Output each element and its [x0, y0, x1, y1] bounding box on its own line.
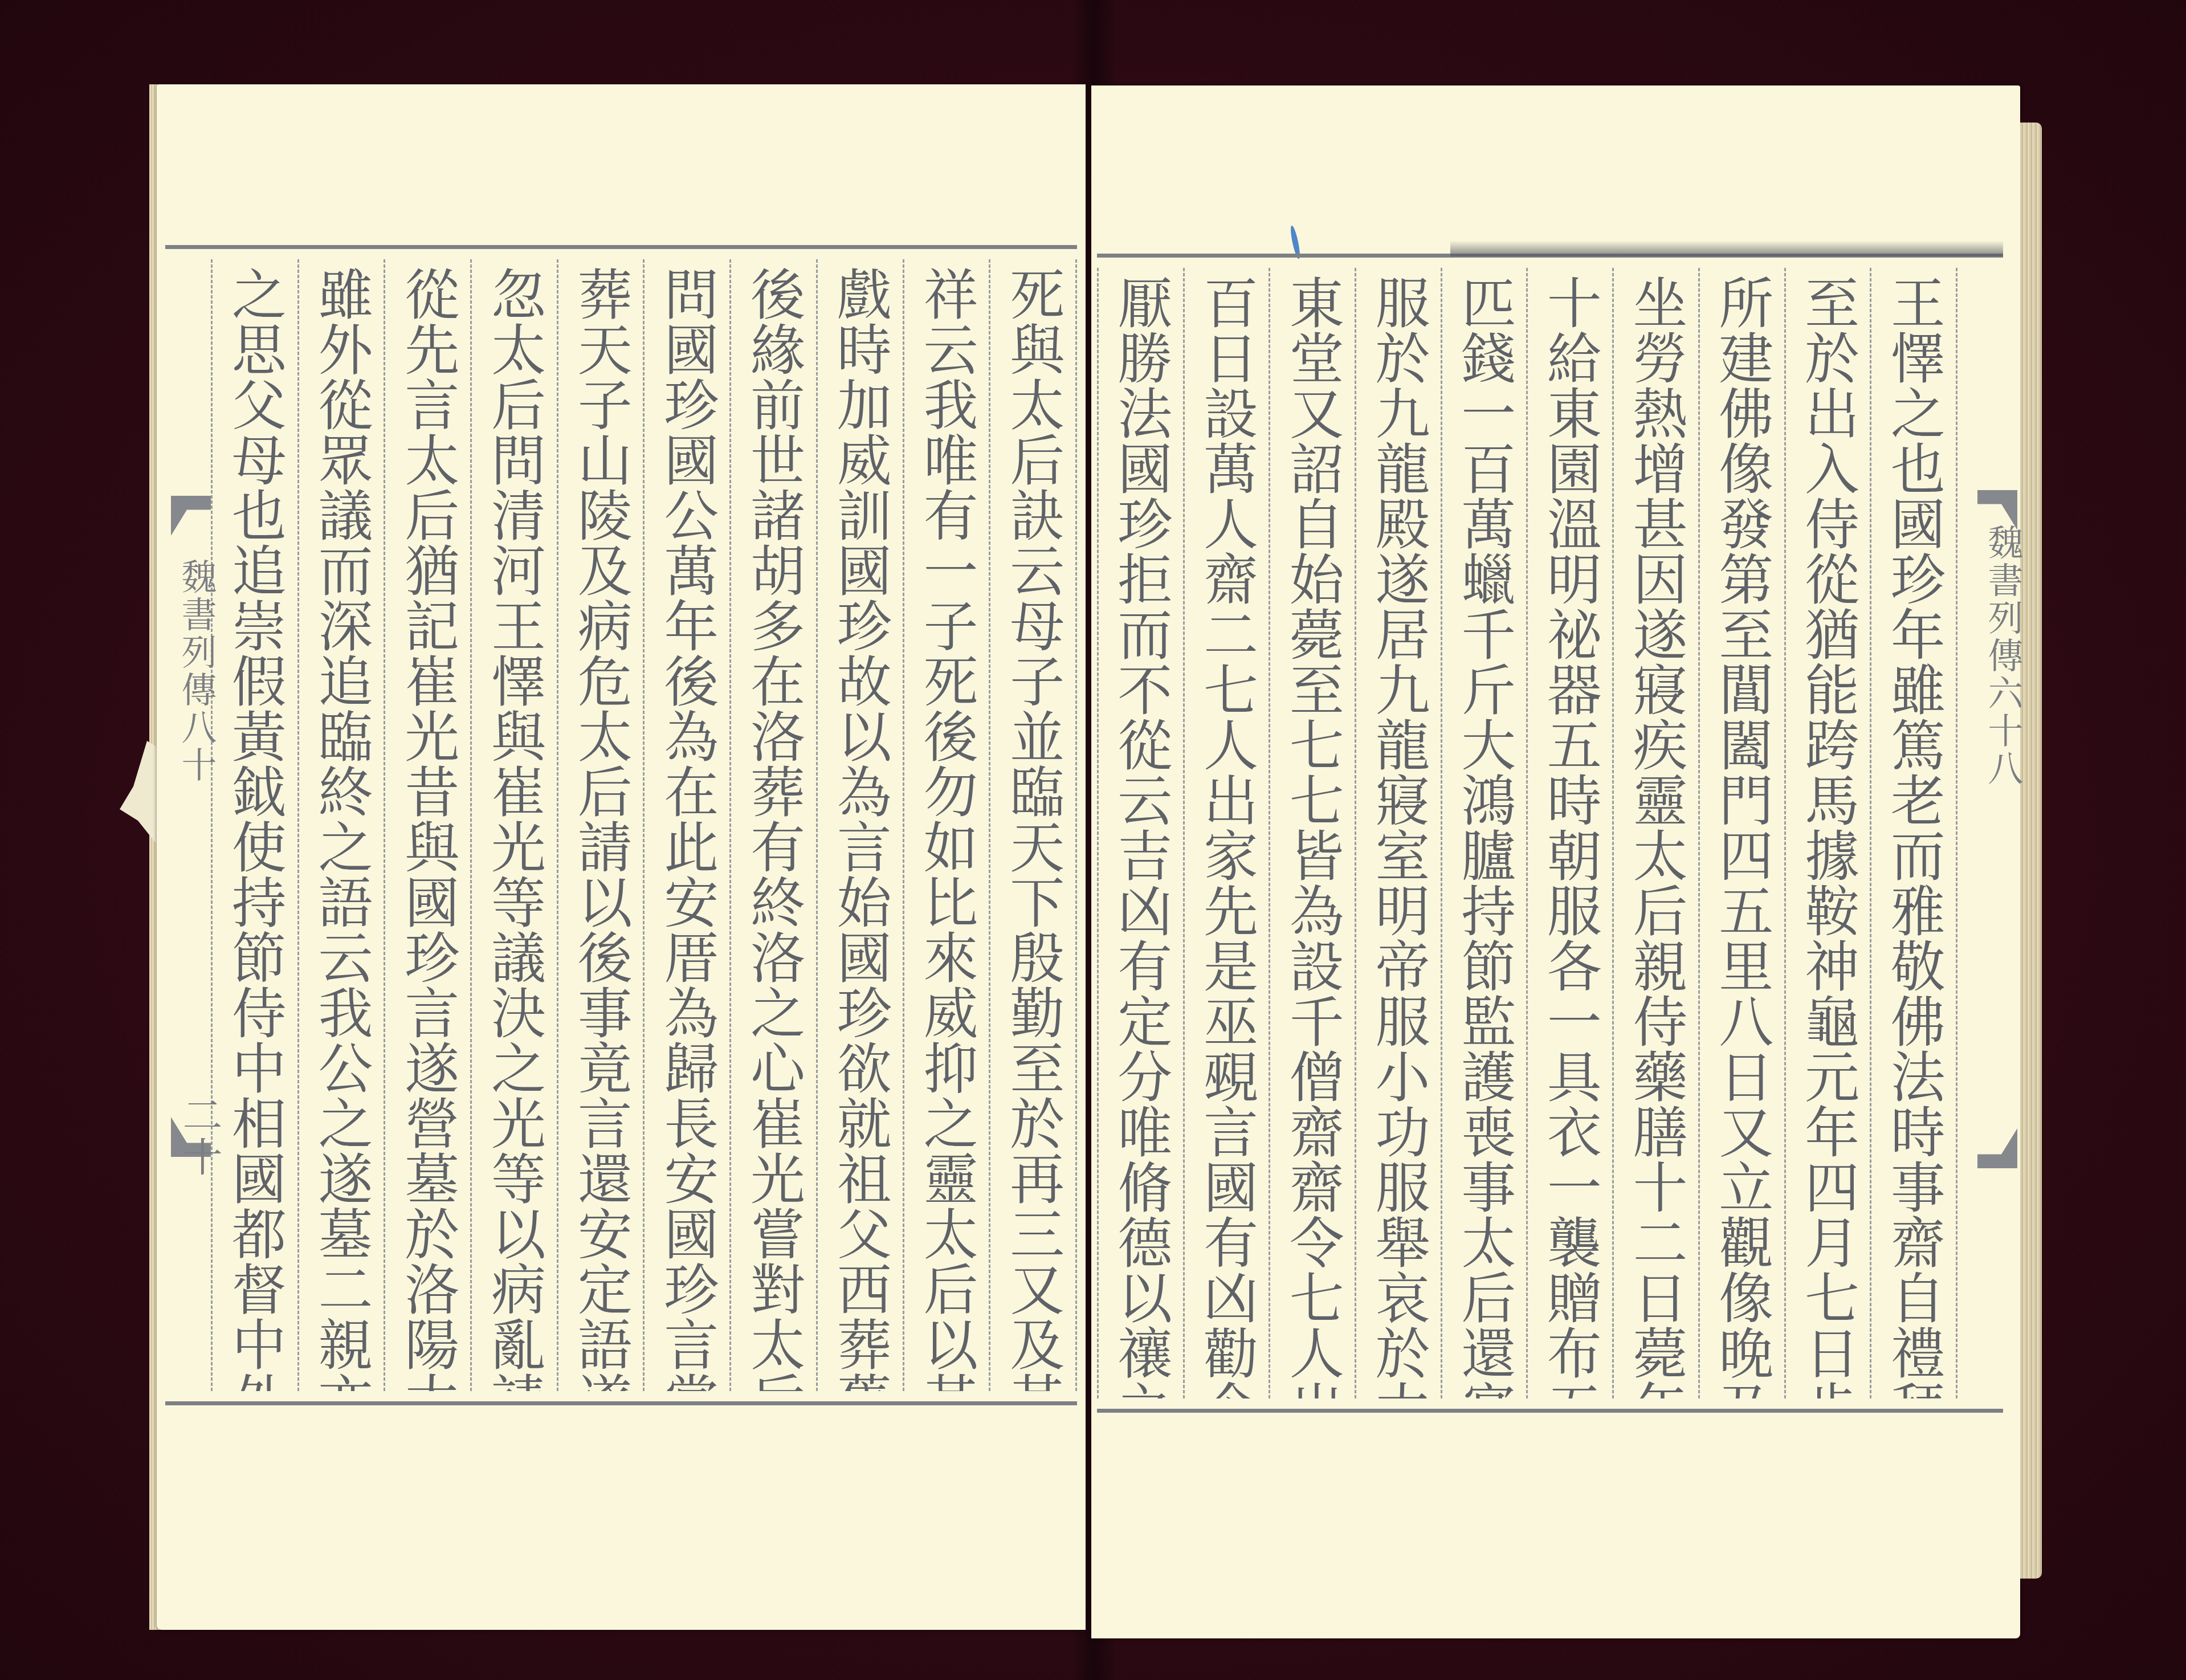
column-text: 坐勞熱增甚因遂寢疾靈太后親侍藥膳十二日薨年八 [1629, 275, 1683, 1398]
right-columns: 王懌之也國珍年雖篤老而雅敬佛法時事齋自禮拜 至於出入侍從猶能跨馬據鞍神龜元年四月… [1097, 268, 1957, 1398]
column-text: 所建佛像發第至閶闔門四五里八日又立觀像晚乃肯 [1715, 275, 1769, 1398]
column-text: 至於出入侍從猶能跨馬據鞍神龜元年四月七日步從 [1800, 275, 1855, 1398]
text-column: 雖外從眾議而深追臨終之語云我公之遂墓二親亦吾 [297, 259, 384, 1391]
text-column: 問國珍國公萬年後為在此安厝為歸長安國珍言當陪 [643, 259, 729, 1391]
column-text: 死與太后訣云母子並臨天下殷勤至於再三又及其子 [1006, 266, 1061, 1391]
text-column: 至於出入侍從猶能跨馬據鞍神龜元年四月七日步從 [1784, 268, 1870, 1398]
column-text: 服於九龍殿遂居九龍寢室明帝服小功服舉哀於太極 [1371, 275, 1426, 1398]
fore-edge-stack [2020, 123, 2042, 1579]
column-text: 百日設萬人齋二七人出家先是巫覡言國有凶勸令為 [1200, 275, 1254, 1398]
column-text: 王懌之也國珍年雖篤老而雅敬佛法時事齋自禮拜 [1886, 275, 1941, 1398]
column-text: 祥云我唯有一子死後勿如比來威抑之靈太后以其好 [919, 266, 974, 1391]
text-column: 死與太后訣云母子並臨天下殷勤至於再三又及其子 [989, 259, 1077, 1391]
text-column: 服於九龍殿遂居九龍寢室明帝服小功服舉哀於太極 [1355, 268, 1441, 1398]
text-column: 王懌之也國珍年雖篤老而雅敬佛法時事齋自禮拜 [1870, 268, 1957, 1398]
text-column: 戲時加威訓國珍故以為言始國珍欲就祖父西葬舊鄉 [816, 259, 903, 1391]
text-column: 十給東園溫明祕器五時朝服各一具衣一襲贈布五千 [1526, 268, 1612, 1398]
block-heart-page-number: 二十 [171, 1094, 229, 1179]
column-text: 忽太后問清河王懌與崔光等議決之光等以病亂請 [487, 266, 541, 1391]
block-heart-title-right: 魏書列傳六十八 [1977, 524, 2028, 788]
text-column: 之思父母也追崇假黃鉞使持節侍中相國都督中外諸 [211, 259, 297, 1391]
column-text: 雖外從眾議而深追臨終之語云我公之遂墓二親亦吾 [314, 266, 369, 1391]
column-text: 葬天子山陵及病危太后請以後事竟言還安定語遂惛 [573, 266, 628, 1391]
text-column: 匹錢一百萬蠟千斤大鴻臚持節監護喪事太后還宮成 [1441, 268, 1527, 1398]
text-column: 所建佛像發第至閶闔門四五里八日又立觀像晚乃肯 [1698, 268, 1784, 1398]
block-heart-title-left: 魏書列傳八十 [171, 558, 222, 784]
right-print-frame: 王懌之也國珍年雖篤老而雅敬佛法時事齋自禮拜 至於出入侍從猶能跨馬據鞍神龜元年四月… [1097, 254, 2003, 1413]
text-column: 後緣前世諸胡多在洛葬有終洛之心崔光嘗對太后前 [729, 259, 816, 1391]
column-text: 十給東園溫明祕器五時朝服各一具衣一襲贈布五千 [1543, 275, 1597, 1398]
column-text: 之思父母也追崇假黃鉞使持節侍中相國都督中外諸 [227, 266, 282, 1391]
text-column: 東堂又詔自始薨至七七皆為設千僧齋齋令七人出家 [1269, 268, 1355, 1398]
column-text: 從先言太后猶記崔光昔與國珍言遂營墓於洛陽太后 [401, 266, 455, 1391]
text-column: 厭勝法國珍拒而不從云吉凶有定分唯脩德以禳之臨 [1097, 268, 1183, 1398]
left-columns: 死與太后訣云母子並臨天下殷勤至於再三又及其子 祥云我唯有一子死後勿如比來威抑之靈… [211, 259, 1077, 1391]
text-column: 忽太后問清河王懌與崔光等議決之光等以病亂請 [470, 259, 557, 1391]
left-print-frame: 死與太后訣云母子並臨天下殷勤至於再三又及其子 祥云我唯有一子死後勿如比來威抑之靈… [165, 245, 1077, 1405]
text-column: 葬天子山陵及病危太后請以後事竟言還安定語遂惛 [557, 259, 643, 1391]
text-column: 祥云我唯有一子死後勿如比來威抑之靈太后以其好 [903, 259, 989, 1391]
text-column: 從先言太后猶記崔光昔與國珍言遂營墓於洛陽太后 [384, 259, 470, 1391]
column-text: 問國珍國公萬年後為在此安厝為歸長安國珍言當陪 [660, 266, 715, 1391]
column-text: 戲時加威訓國珍故以為言始國珍欲就祖父西葬舊鄉 [833, 266, 887, 1391]
column-text: 匹錢一百萬蠟千斤大鴻臚持節監護喪事太后還宮成 [1457, 275, 1512, 1398]
text-column: 百日設萬人齋二七人出家先是巫覡言國有凶勸令為 [1183, 268, 1269, 1398]
column-text: 東堂又詔自始薨至七七皆為設千僧齋齋令七人出家 [1285, 275, 1340, 1398]
column-text: 後緣前世諸胡多在洛葬有終洛之心崔光嘗對太后前 [747, 266, 801, 1391]
text-column: 坐勞熱增甚因遂寢疾靈太后親侍藥膳十二日薨年八 [1612, 268, 1698, 1398]
column-text: 厭勝法國珍拒而不從云吉凶有定分唯脩德以禳之臨 [1114, 275, 1168, 1398]
